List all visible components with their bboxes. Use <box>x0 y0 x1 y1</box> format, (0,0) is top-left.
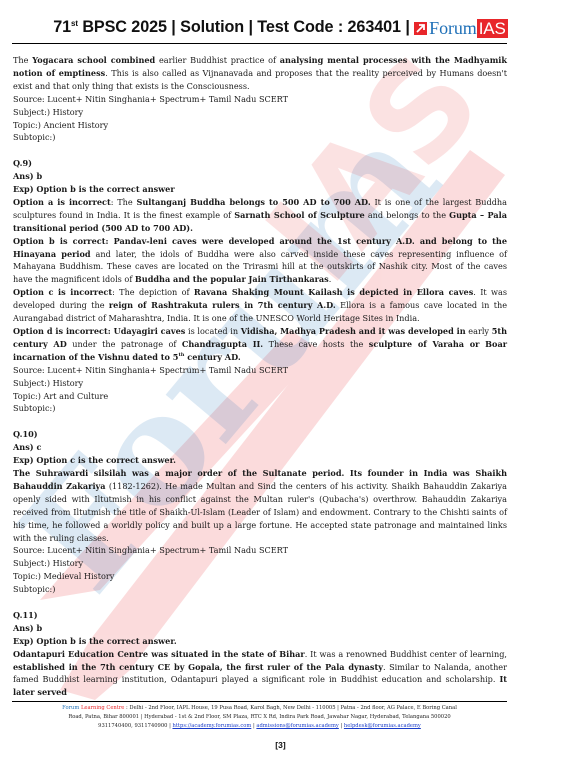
footer-brand-forum: Forum <box>62 705 81 711</box>
question-topic: Topic:) Art and Culture <box>13 390 507 403</box>
arrow-logo-icon <box>414 22 427 35</box>
question-number: Q.9) <box>13 157 507 170</box>
question-number: Q.11) <box>13 609 507 622</box>
footer-address-line-1: Delhi - 2nd Floor, IAPL House, 19 Pusa R… <box>129 705 456 711</box>
page-header: 71st BPSC 2025 | Solution | Test Code : … <box>0 18 561 39</box>
logo-forum-text: Forum <box>429 18 477 38</box>
footer-phones: 9311740400, 9311740900 | <box>98 723 172 729</box>
intro-subject: Subject:) History <box>13 106 507 119</box>
header-title: BPSC 2025 | Solution | Test Code : 26340… <box>78 18 414 36</box>
explanation-paragraph: Odantapuri Education Centre was situated… <box>13 648 507 700</box>
explanation-paragraph: Option a is incorrect: The Sultanganj Bu… <box>13 196 507 235</box>
explanation-heading: Exp) Option b is the correct answer <box>13 183 507 196</box>
footer-address-line-2: Road, Patna, Bihar 800001 | Hyderabad - … <box>12 713 507 722</box>
intro-subtopic: Subtopic:) <box>13 131 507 144</box>
footer-helpdesk-email-link[interactable]: helpdesk@forumias.academy <box>344 723 421 729</box>
footer-divider <box>12 701 507 702</box>
page-number: [3] <box>0 740 561 750</box>
solution-content: The Yogacara school combined earlier Bud… <box>13 54 507 699</box>
explanation-paragraph: Option b is correct: Pandav-leni caves w… <box>13 235 507 287</box>
question-source: Source: Lucent+ Nitin Singhania+ Spectru… <box>13 364 507 377</box>
question-source: Source: Lucent+ Nitin Singhania+ Spectru… <box>13 544 507 557</box>
explanation-heading: Exp) Option c is the correct answer. <box>13 454 507 467</box>
question-subject: Subject:) History <box>13 377 507 390</box>
intro-topic: Topic:) Ancient History <box>13 119 507 132</box>
question-subtopic: Subtopic:) <box>13 402 507 415</box>
intro-paragraph: The Yogacara school combined earlier Bud… <box>13 54 507 93</box>
header-title-prefix: 71 <box>53 18 71 36</box>
question-subject: Subject:) History <box>13 557 507 570</box>
answer-label: Ans) c <box>13 441 507 454</box>
document-page: Forum IAS 71st BPSC 2025 | Solution | Te… <box>0 0 561 757</box>
forumias-logo: ForumIAS <box>414 18 508 39</box>
footer-brand-learning-centre: Learning Centre <box>81 705 124 711</box>
page-footer: Forum Learning Centre : Delhi - 2nd Floo… <box>12 704 507 732</box>
footer-website-link[interactable]: https://academy.forumias.com <box>173 723 252 729</box>
explanation-paragraph: Option c is incorrect: The depiction of … <box>13 286 507 325</box>
footer-admissions-email-link[interactable]: admissions@forumias.academy <box>256 723 338 729</box>
answer-label: Ans) b <box>13 170 507 183</box>
question-topic: Topic:) Medieval History <box>13 570 507 583</box>
intro-source: Source: Lucent+ Nitin Singhania+ Spectru… <box>13 93 507 106</box>
explanation-paragraph: The Suhrawardi silsilah was a major orde… <box>13 467 507 544</box>
explanation-paragraph: Option d is incorrect: Udayagiri caves i… <box>13 325 507 364</box>
question-number: Q.10) <box>13 428 507 441</box>
header-divider <box>12 43 507 44</box>
header-title-sup: st <box>71 19 78 28</box>
explanation-heading: Exp) Option b is the correct answer. <box>13 635 507 648</box>
answer-label: Ans) b <box>13 622 507 635</box>
logo-ias-text: IAS <box>477 19 508 38</box>
question-subtopic: Subtopic:) <box>13 583 507 596</box>
